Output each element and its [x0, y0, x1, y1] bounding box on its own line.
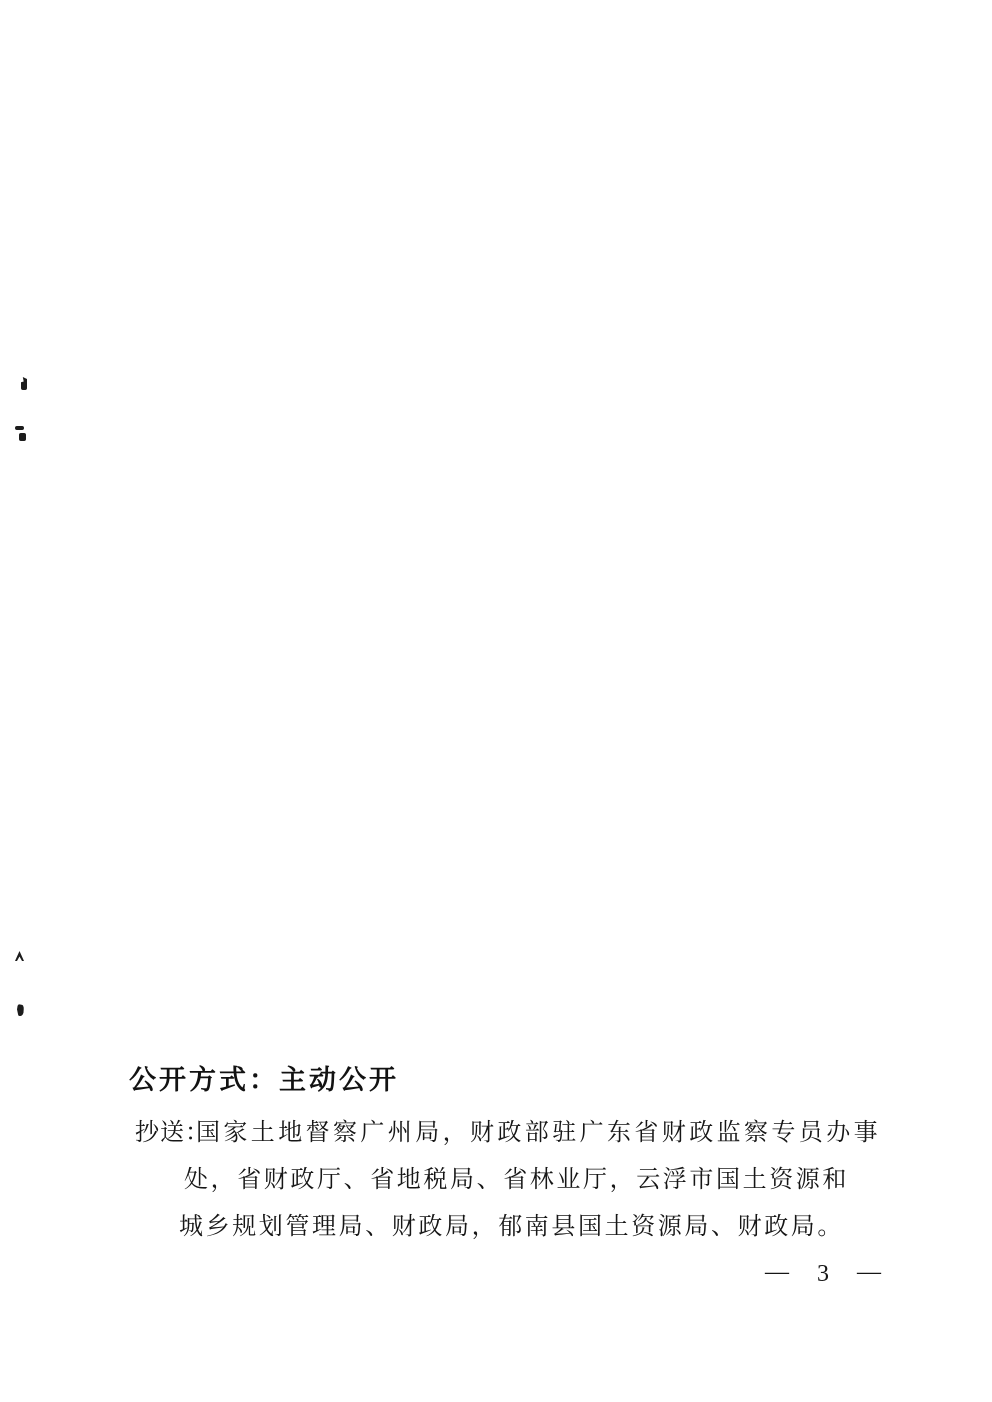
scan-speck: [19, 433, 26, 441]
cc-line: 城乡规划管理局、财政局，郁南县国土资源局、财政局。: [179, 1206, 844, 1241]
page-number-dash-left: —: [765, 1259, 789, 1286]
scan-speck: [15, 951, 24, 961]
scan-speck: [17, 1004, 24, 1016]
page-number: 3: [817, 1261, 829, 1288]
publicity-method-heading: 公开方式：主动公开: [129, 1058, 399, 1097]
document-page: 公开方式：主动公开 抄送： 国家土地督察广州局，财政部驻广东省财政监察专员办事 …: [0, 0, 992, 1402]
scan-speck: [15, 426, 24, 430]
scan-speck: [21, 377, 27, 390]
page-footer: — 3 —: [765, 1261, 881, 1288]
cc-line: 处，省财政厅、省地税局、省林业厅，云浮市国土资源和: [184, 1159, 849, 1194]
page-number-dash-right: —: [857, 1259, 881, 1286]
cc-line: 国家土地督察广州局，财政部驻广东省财政监察专员办事: [196, 1112, 881, 1147]
